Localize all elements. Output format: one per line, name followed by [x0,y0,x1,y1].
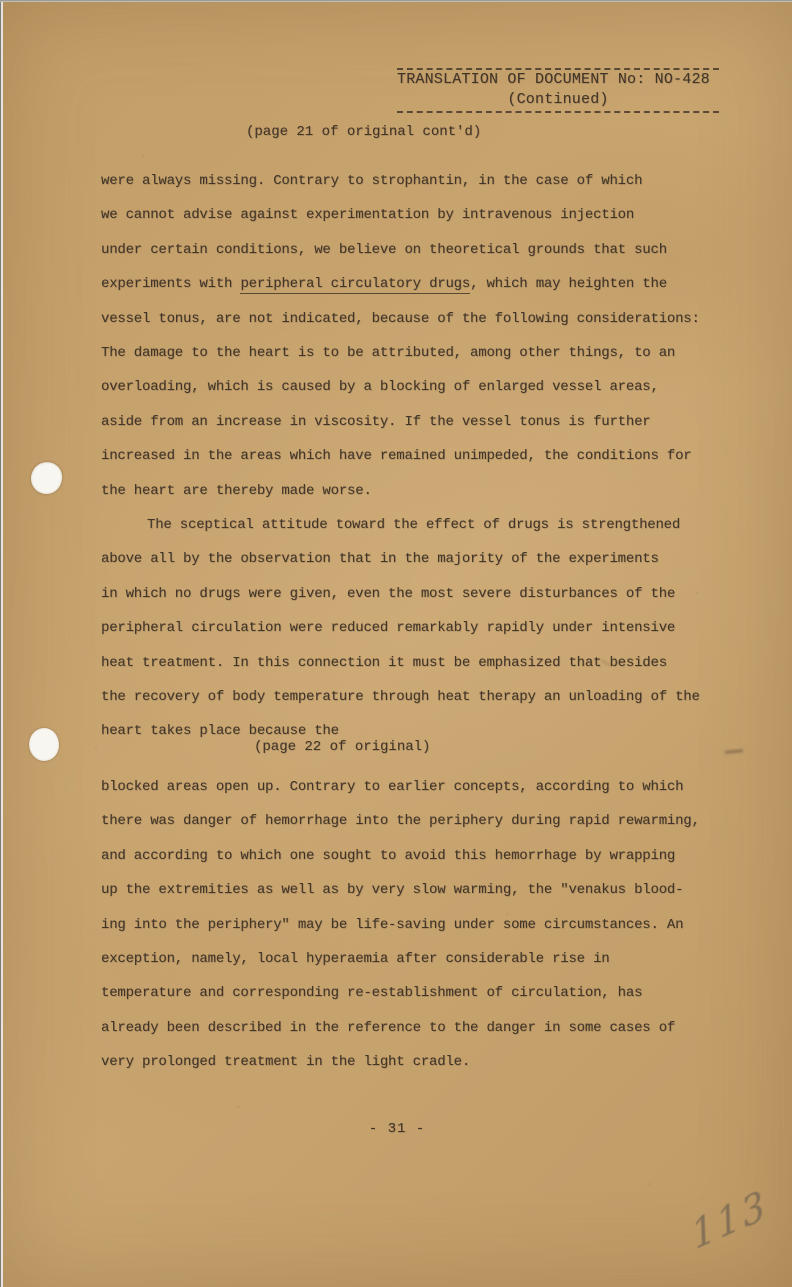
page-number: - 31 - [1,1121,792,1137]
text-segment: aside from an increase in viscosity. If … [101,414,651,430]
text-segment: we cannot advise against experimentation… [101,207,634,223]
page-22-note: (page 22 of original) [254,739,430,755]
punch-hole-top [28,459,65,497]
text-segment: were always missing. Contrary to stropha… [101,173,642,189]
text-line: and according to which one sought to avo… [101,839,733,873]
text-segment: , which may heighten the [470,276,667,292]
punch-hole-bottom [27,726,61,763]
text-segment: increased in the areas which have remain… [101,448,692,464]
paragraph-2: The sceptical attitude toward the effect… [101,508,733,749]
text-segment: exception, namely, local hyperaemia afte… [101,951,610,967]
text-line: vessel tonus, are not indicated, because… [101,302,733,336]
text-line: we cannot advise against experimentation… [101,198,733,232]
text-line: peripheral circulation were reduced rema… [101,611,733,645]
text-line: exception, namely, local hyperaemia afte… [101,942,733,976]
text-line: overloading, which is caused by a blocki… [101,370,733,404]
text-segment: in which no drugs were given, even the m… [101,586,675,602]
text-segment: heart takes place because the [101,723,339,739]
text-segment: under certain conditions, we believe on … [101,242,667,258]
text-line: the recovery of body temperature through… [101,680,733,714]
document-header: TRANSLATION OF DOCUMENT No: NO-428 (Cont… [397,68,719,113]
text-line: aside from an increase in viscosity. If … [101,405,733,439]
scanned-paper-page: TRANSLATION OF DOCUMENT No: NO-428 (Cont… [1,2,792,1287]
text-line: experiments with peripheral circulatory … [101,267,733,301]
text-line: already been described in the reference … [101,1011,733,1045]
text-segment: experiments with [101,276,240,292]
text-segment: heat treatment. In this connection it mu… [101,655,667,671]
text-segment: The damage to the heart is to be attribu… [101,345,675,361]
text-line: The sceptical attitude toward the effect… [101,508,733,542]
document-title: TRANSLATION OF DOCUMENT No: NO-428 [397,71,719,88]
text-segment: The sceptical attitude toward the effect… [147,517,680,533]
paragraph-1: were always missing. Contrary to stropha… [101,164,733,508]
ink-smudge [725,749,743,754]
text-line: very prolonged treatment in the light cr… [101,1045,733,1079]
text-segment: temperature and corresponding re-establi… [101,985,642,1001]
text-line: under certain conditions, we believe on … [101,233,733,267]
text-line: increased in the areas which have remain… [101,439,733,473]
text-segment: the heart are thereby made worse. [101,483,372,499]
text-line: were always missing. Contrary to stropha… [101,164,733,198]
text-segment: already been described in the reference … [101,1020,675,1036]
text-segment: overloading, which is caused by a blocki… [101,379,659,395]
scan-edge-top [0,0,792,2]
text-segment: up the extremities as well as by very sl… [101,882,683,898]
text-line: heat treatment. In this connection it mu… [101,646,733,680]
text-line: blocked areas open up. Contrary to earli… [101,770,733,804]
text-segment: very prolonged treatment in the light cr… [101,1054,470,1070]
text-segment: the recovery of body temperature through… [101,689,700,705]
paragraph-3: blocked areas open up. Contrary to earli… [101,770,733,1080]
text-segment: blocked areas open up. Contrary to earli… [101,779,683,795]
text-line: there was danger of hemorrhage into the … [101,804,733,838]
text-segment: and according to which one sought to avo… [101,848,675,864]
text-line: above all by the observation that in the… [101,542,733,576]
text-segment: peripheral circulation were reduced rema… [101,620,675,636]
page-21-cont-note: (page 21 of original cont'd) [246,124,481,140]
text-line: The damage to the heart is to be attribu… [101,336,733,370]
handwritten-page-number: 113 [688,1181,772,1258]
underlined-phrase: peripheral circulatory drugs [240,276,470,294]
text-segment: ing into the periphery" may be life-savi… [101,917,683,933]
document-continued-label: (Continued) [397,91,719,108]
text-line: ing into the periphery" may be life-savi… [101,908,733,942]
text-segment: there was danger of hemorrhage into the … [101,813,700,829]
text-line: temperature and corresponding re-establi… [101,976,733,1010]
text-line: in which no drugs were given, even the m… [101,577,733,611]
text-line: up the extremities as well as by very sl… [101,873,733,907]
text-line: the heart are thereby made worse. [101,474,733,508]
text-segment: above all by the observation that in the… [101,551,659,567]
text-segment: vessel tonus, are not indicated, because… [101,311,700,327]
scan-edge-left [0,0,3,1287]
